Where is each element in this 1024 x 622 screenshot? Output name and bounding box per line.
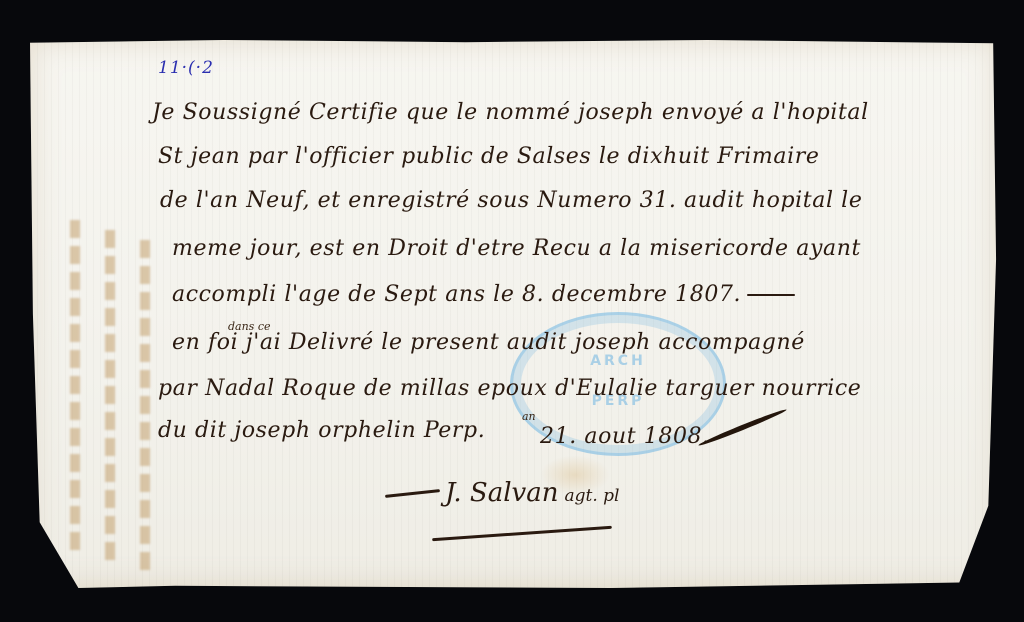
bleed-through-line	[140, 240, 150, 570]
manuscript-line-1: Je Soussigné Certifie que le nommé josep…	[152, 100, 869, 125]
stamp-text-top: ARCH	[513, 353, 723, 369]
manuscript-line-2: St jean par l'officier public de Salses …	[158, 144, 819, 169]
scanned-document: 11·(·2 ARCH PERP Je Soussigné Certifie q…	[0, 0, 1024, 622]
bleed-through-line	[70, 220, 80, 550]
catalog-mark: 11·(·2	[158, 58, 214, 78]
signature-title: agt. pl	[565, 486, 620, 506]
manuscript-line-7: par Nadal Roque de millas epoux d'Eulali…	[158, 376, 861, 401]
manuscript-line-5: accompli l'age de Sept ans le 8. decembr…	[172, 282, 795, 307]
manuscript-line-3: de l'an Neuf, et enregistré sous Numero …	[160, 188, 862, 213]
interlinear-superscript: an	[522, 410, 536, 423]
manuscript-line-4: meme jour, est en Droit d'etre Recu a la…	[172, 236, 861, 261]
line-filler-dash	[747, 294, 795, 296]
manuscript-line-6: en foi j'ai Delivré le present audit jos…	[172, 330, 805, 355]
manuscript-line-5-text: accompli l'age de Sept ans le 8. decembr…	[172, 282, 741, 307]
bleed-through-text	[60, 220, 170, 560]
bleed-through-line	[105, 230, 115, 560]
manuscript-line-8: du dit joseph orphelin Perp.	[158, 418, 485, 443]
issue-date: 21. aout 1808.	[540, 424, 710, 449]
signature-name: J. Salvan	[445, 478, 559, 508]
signature: J. Salvanagt. pl	[445, 478, 619, 508]
